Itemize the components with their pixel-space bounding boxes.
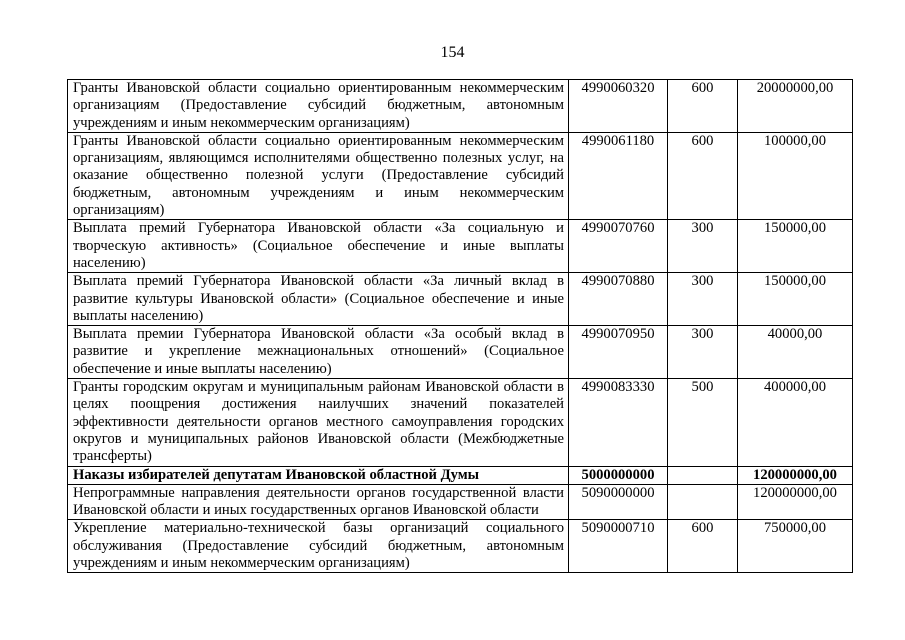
row-target-code: 4990060320 (569, 80, 668, 133)
table-row: Укрепление материально-технической базы … (68, 520, 853, 573)
row-target-code: 4990070880 (569, 273, 668, 326)
table-row: Непрограммные направления деятельности о… (68, 484, 853, 520)
row-target-code: 5090000000 (569, 484, 668, 520)
row-description: Выплата премий Губернатора Ивановской об… (68, 220, 569, 273)
row-amount: 120000000,00 (738, 484, 853, 520)
row-amount: 150000,00 (738, 220, 853, 273)
table-row: Выплата премий Губернатора Ивановской об… (68, 273, 853, 326)
budget-table: Гранты Ивановской области социально орие… (67, 79, 853, 573)
row-description: Укрепление материально-технической базы … (68, 520, 569, 573)
row-target-code: 4990083330 (569, 379, 668, 466)
row-description: Гранты Ивановской области социально орие… (68, 80, 569, 133)
table-row: Выплата премии Губернатора Ивановской об… (68, 326, 853, 379)
row-expense-type: 300 (668, 273, 738, 326)
row-description: Выплата премий Губернатора Ивановской об… (68, 273, 569, 326)
table-row: Гранты Ивановской области социально орие… (68, 80, 853, 133)
row-amount: 750000,00 (738, 520, 853, 573)
row-expense-type: 600 (668, 80, 738, 133)
row-expense-type: 600 (668, 520, 738, 573)
row-description: Гранты Ивановской области социально орие… (68, 132, 569, 219)
row-amount: 120000000,00 (738, 466, 853, 484)
row-target-code: 4990070760 (569, 220, 668, 273)
row-amount: 40000,00 (738, 326, 853, 379)
page-number: 154 (0, 44, 905, 62)
row-amount: 20000000,00 (738, 80, 853, 133)
row-description: Непрограммные направления деятельности о… (68, 484, 569, 520)
row-amount: 150000,00 (738, 273, 853, 326)
row-expense-type: 300 (668, 220, 738, 273)
row-description: Гранты городским округам и муниципальным… (68, 379, 569, 466)
row-description: Выплата премии Губернатора Ивановской об… (68, 326, 569, 379)
row-description: Наказы избирателей депутатам Ивановской … (68, 466, 569, 484)
row-expense-type: 600 (668, 132, 738, 219)
row-expense-type: 500 (668, 379, 738, 466)
row-target-code: 5090000710 (569, 520, 668, 573)
row-amount: 400000,00 (738, 379, 853, 466)
row-target-code: 4990070950 (569, 326, 668, 379)
table-row: Гранты Ивановской области социально орие… (68, 132, 853, 219)
row-target-code: 5000000000 (569, 466, 668, 484)
row-target-code: 4990061180 (569, 132, 668, 219)
row-expense-type (668, 466, 738, 484)
table-row: Гранты городским округам и муниципальным… (68, 379, 853, 466)
row-expense-type: 300 (668, 326, 738, 379)
row-amount: 100000,00 (738, 132, 853, 219)
row-expense-type (668, 484, 738, 520)
table-row: Наказы избирателей депутатам Ивановской … (68, 466, 853, 484)
table-row: Выплата премий Губернатора Ивановской об… (68, 220, 853, 273)
